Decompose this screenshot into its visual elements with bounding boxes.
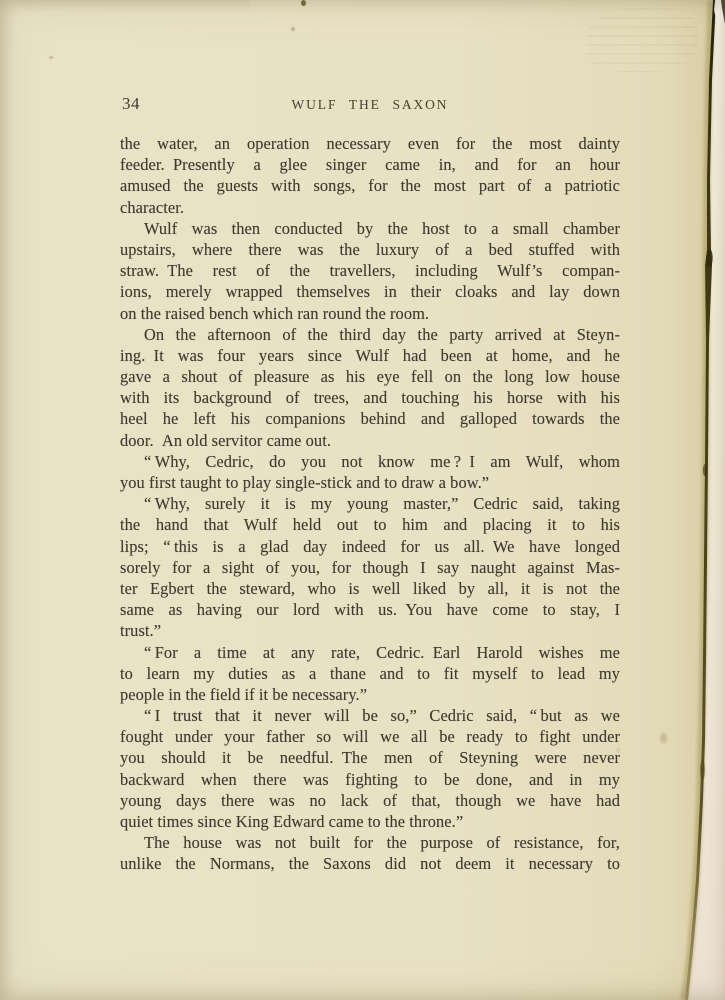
foxing-mark: [616, 748, 620, 752]
text-line: trust.”: [120, 620, 620, 641]
ink-speck: [301, 0, 306, 6]
text-line: you should it be needful. The men of Ste…: [120, 747, 620, 768]
text-line: ter Egbert the steward, who is well like…: [120, 578, 620, 599]
text-line: the water, an operation necessary even f…: [120, 133, 620, 154]
paragraph: “ I trust that it never will be so,” Ced…: [120, 705, 620, 832]
paragraph: “ Why, surely it is my young master,” Ce…: [120, 493, 620, 641]
text-line: heel he left his companions behind and g…: [120, 408, 620, 429]
page-content: 34 WULF THE SAXON the water, an operatio…: [0, 0, 725, 1000]
text-line: ions, merely wrapped themselves in their…: [120, 281, 620, 302]
text-line: The house was not built for the purpose …: [120, 832, 620, 853]
text-line: upstairs, where there was the luxury of …: [120, 239, 620, 260]
text-line: “ For a time at any rate, Cedric. Earl H…: [120, 642, 620, 663]
text-line: the hand that Wulf held out to him and p…: [120, 514, 620, 535]
text-line: amused the guests with songs, for the mo…: [120, 175, 620, 196]
text-line: door. An old servitor came out.: [120, 430, 620, 451]
text-line: young days there was no lack of that, th…: [120, 790, 620, 811]
text-line: unlike the Normans, the Saxons did not d…: [120, 853, 620, 874]
paragraph: On the afternoon of the third day the pa…: [120, 324, 620, 451]
paragraph: “ Why, Cedric, do you not know me ? I am…: [120, 451, 620, 493]
book-page-scan: 34 WULF THE SAXON the water, an operatio…: [0, 0, 725, 1000]
body-text: the water, an operation necessary even f…: [120, 133, 620, 875]
text-line: lips; “ this is a glad day indeed for us…: [120, 536, 620, 557]
text-line: to learn my duties as a thane and to fit…: [120, 663, 620, 684]
text-line: “ Why, Cedric, do you not know me ? I am…: [120, 451, 620, 472]
text-line: with its background of trees, and touchi…: [120, 387, 620, 408]
paragraph: “ For a time at any rate, Cedric. Earl H…: [120, 642, 620, 706]
text-line: straw. The rest of the travellers, inclu…: [120, 260, 620, 281]
text-line: fought under your father so will we all …: [120, 726, 620, 747]
ink-speck: [291, 27, 295, 31]
foxing-mark: [660, 733, 667, 743]
paragraph: Wulf was then conducted by the host to a…: [120, 218, 620, 324]
text-line: same as having our lord with us. You hav…: [120, 599, 620, 620]
text-line: On the afternoon of the third day the pa…: [120, 324, 620, 345]
ink-speck: [49, 56, 53, 59]
running-title: WULF THE SAXON: [120, 97, 620, 113]
paragraph: The house was not built for the purpose …: [120, 832, 620, 874]
text-line: sorely for a sight of you, for though I …: [120, 557, 620, 578]
text-line: you first taught to play single-stick an…: [120, 472, 620, 493]
page-header: 34 WULF THE SAXON: [120, 94, 620, 116]
text-line: quiet times since King Edward came to th…: [120, 811, 620, 832]
text-line: people in the field if it be necessary.”: [120, 684, 620, 705]
text-line: ing. It was four years since Wulf had be…: [120, 345, 620, 366]
text-line: “ I trust that it never will be so,” Ced…: [120, 705, 620, 726]
paragraph: the water, an operation necessary even f…: [120, 133, 620, 218]
text-line: on the raised bench which ran round the …: [120, 303, 620, 324]
text-line: “ Why, surely it is my young master,” Ce…: [120, 493, 620, 514]
text-line: character.: [120, 197, 620, 218]
text-line: backward when there was fighting to be d…: [120, 769, 620, 790]
text-line: feeder. Presently a glee singer came in,…: [120, 154, 620, 175]
text-line: gave a shout of pleasure as his eye fell…: [120, 366, 620, 387]
text-line: Wulf was then conducted by the host to a…: [120, 218, 620, 239]
